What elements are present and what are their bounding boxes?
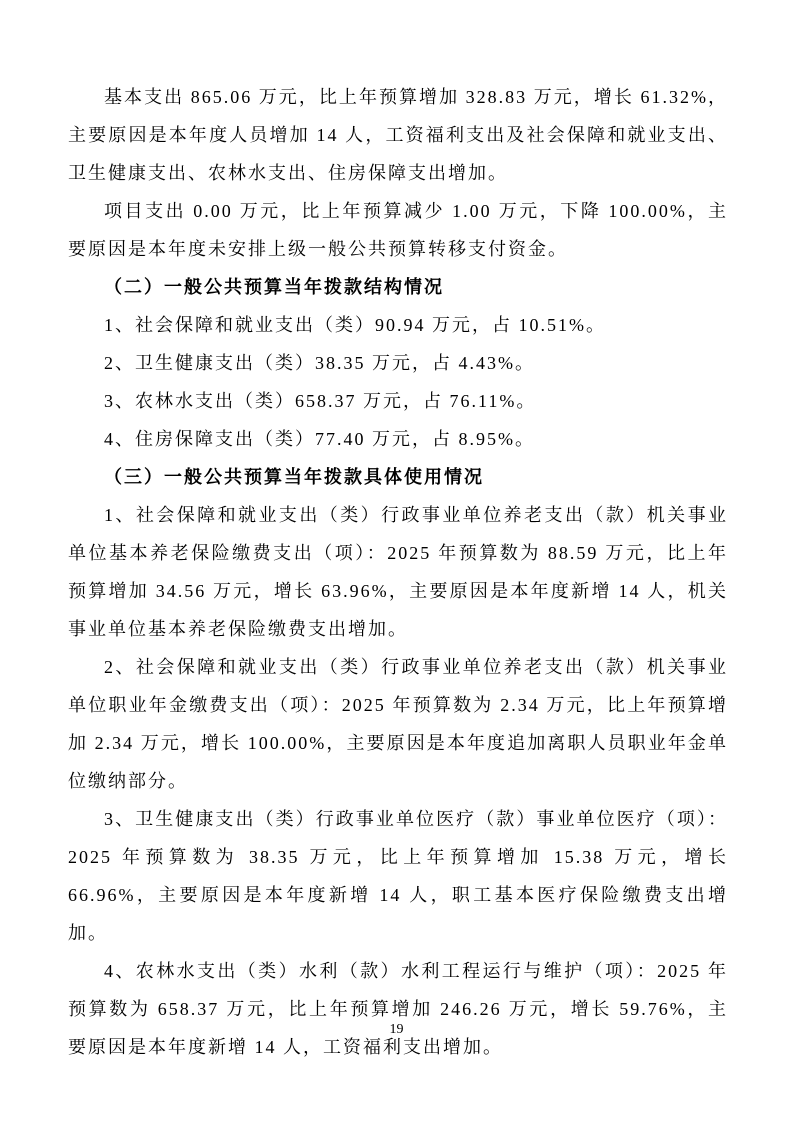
paragraph-detail-water-project: 4、农林水支出（类）水利（款）水利工程运行与维护（项）：2025 年预算数为 6…: [68, 952, 728, 1066]
paragraph-basic-expenditure: 基本支出 865.06 万元，比上年预算增加 328.83 万元，增长 61.3…: [68, 78, 728, 192]
section-heading-3: （三）一般公共预算当年拨款具体使用情况: [68, 458, 728, 496]
list-item-housing: 4、住房保障支出（类）77.40 万元，占 8.95%。: [68, 420, 728, 458]
list-item-health: 2、卫生健康支出（类）38.35 万元，占 4.43%。: [68, 344, 728, 382]
paragraph-detail-annuity: 2、社会保障和就业支出（类）行政事业单位养老支出（款）机关事业单位职业年金缴费支…: [68, 648, 728, 800]
section-heading-2: （二）一般公共预算当年拨款结构情况: [68, 268, 728, 306]
document-page: 基本支出 865.06 万元，比上年预算增加 328.83 万元，增长 61.3…: [0, 0, 793, 1122]
list-item-agriculture-water: 3、农林水支出（类）658.37 万元，占 76.11%。: [68, 382, 728, 420]
paragraph-detail-pension: 1、社会保障和就业支出（类）行政事业单位养老支出（款）机关事业单位基本养老保险缴…: [68, 496, 728, 648]
paragraph-project-expenditure: 项目支出 0.00 万元，比上年预算减少 1.00 万元，下降 100.00%，…: [68, 192, 728, 268]
paragraph-detail-medical: 3、卫生健康支出（类）行政事业单位医疗（款）事业单位医疗（项）：2025 年预算…: [68, 800, 728, 952]
document-body: 基本支出 865.06 万元，比上年预算增加 328.83 万元，增长 61.3…: [68, 78, 728, 1066]
page-number: 19: [0, 1020, 793, 1040]
list-item-social-security: 1、社会保障和就业支出（类）90.94 万元，占 10.51%。: [68, 306, 728, 344]
